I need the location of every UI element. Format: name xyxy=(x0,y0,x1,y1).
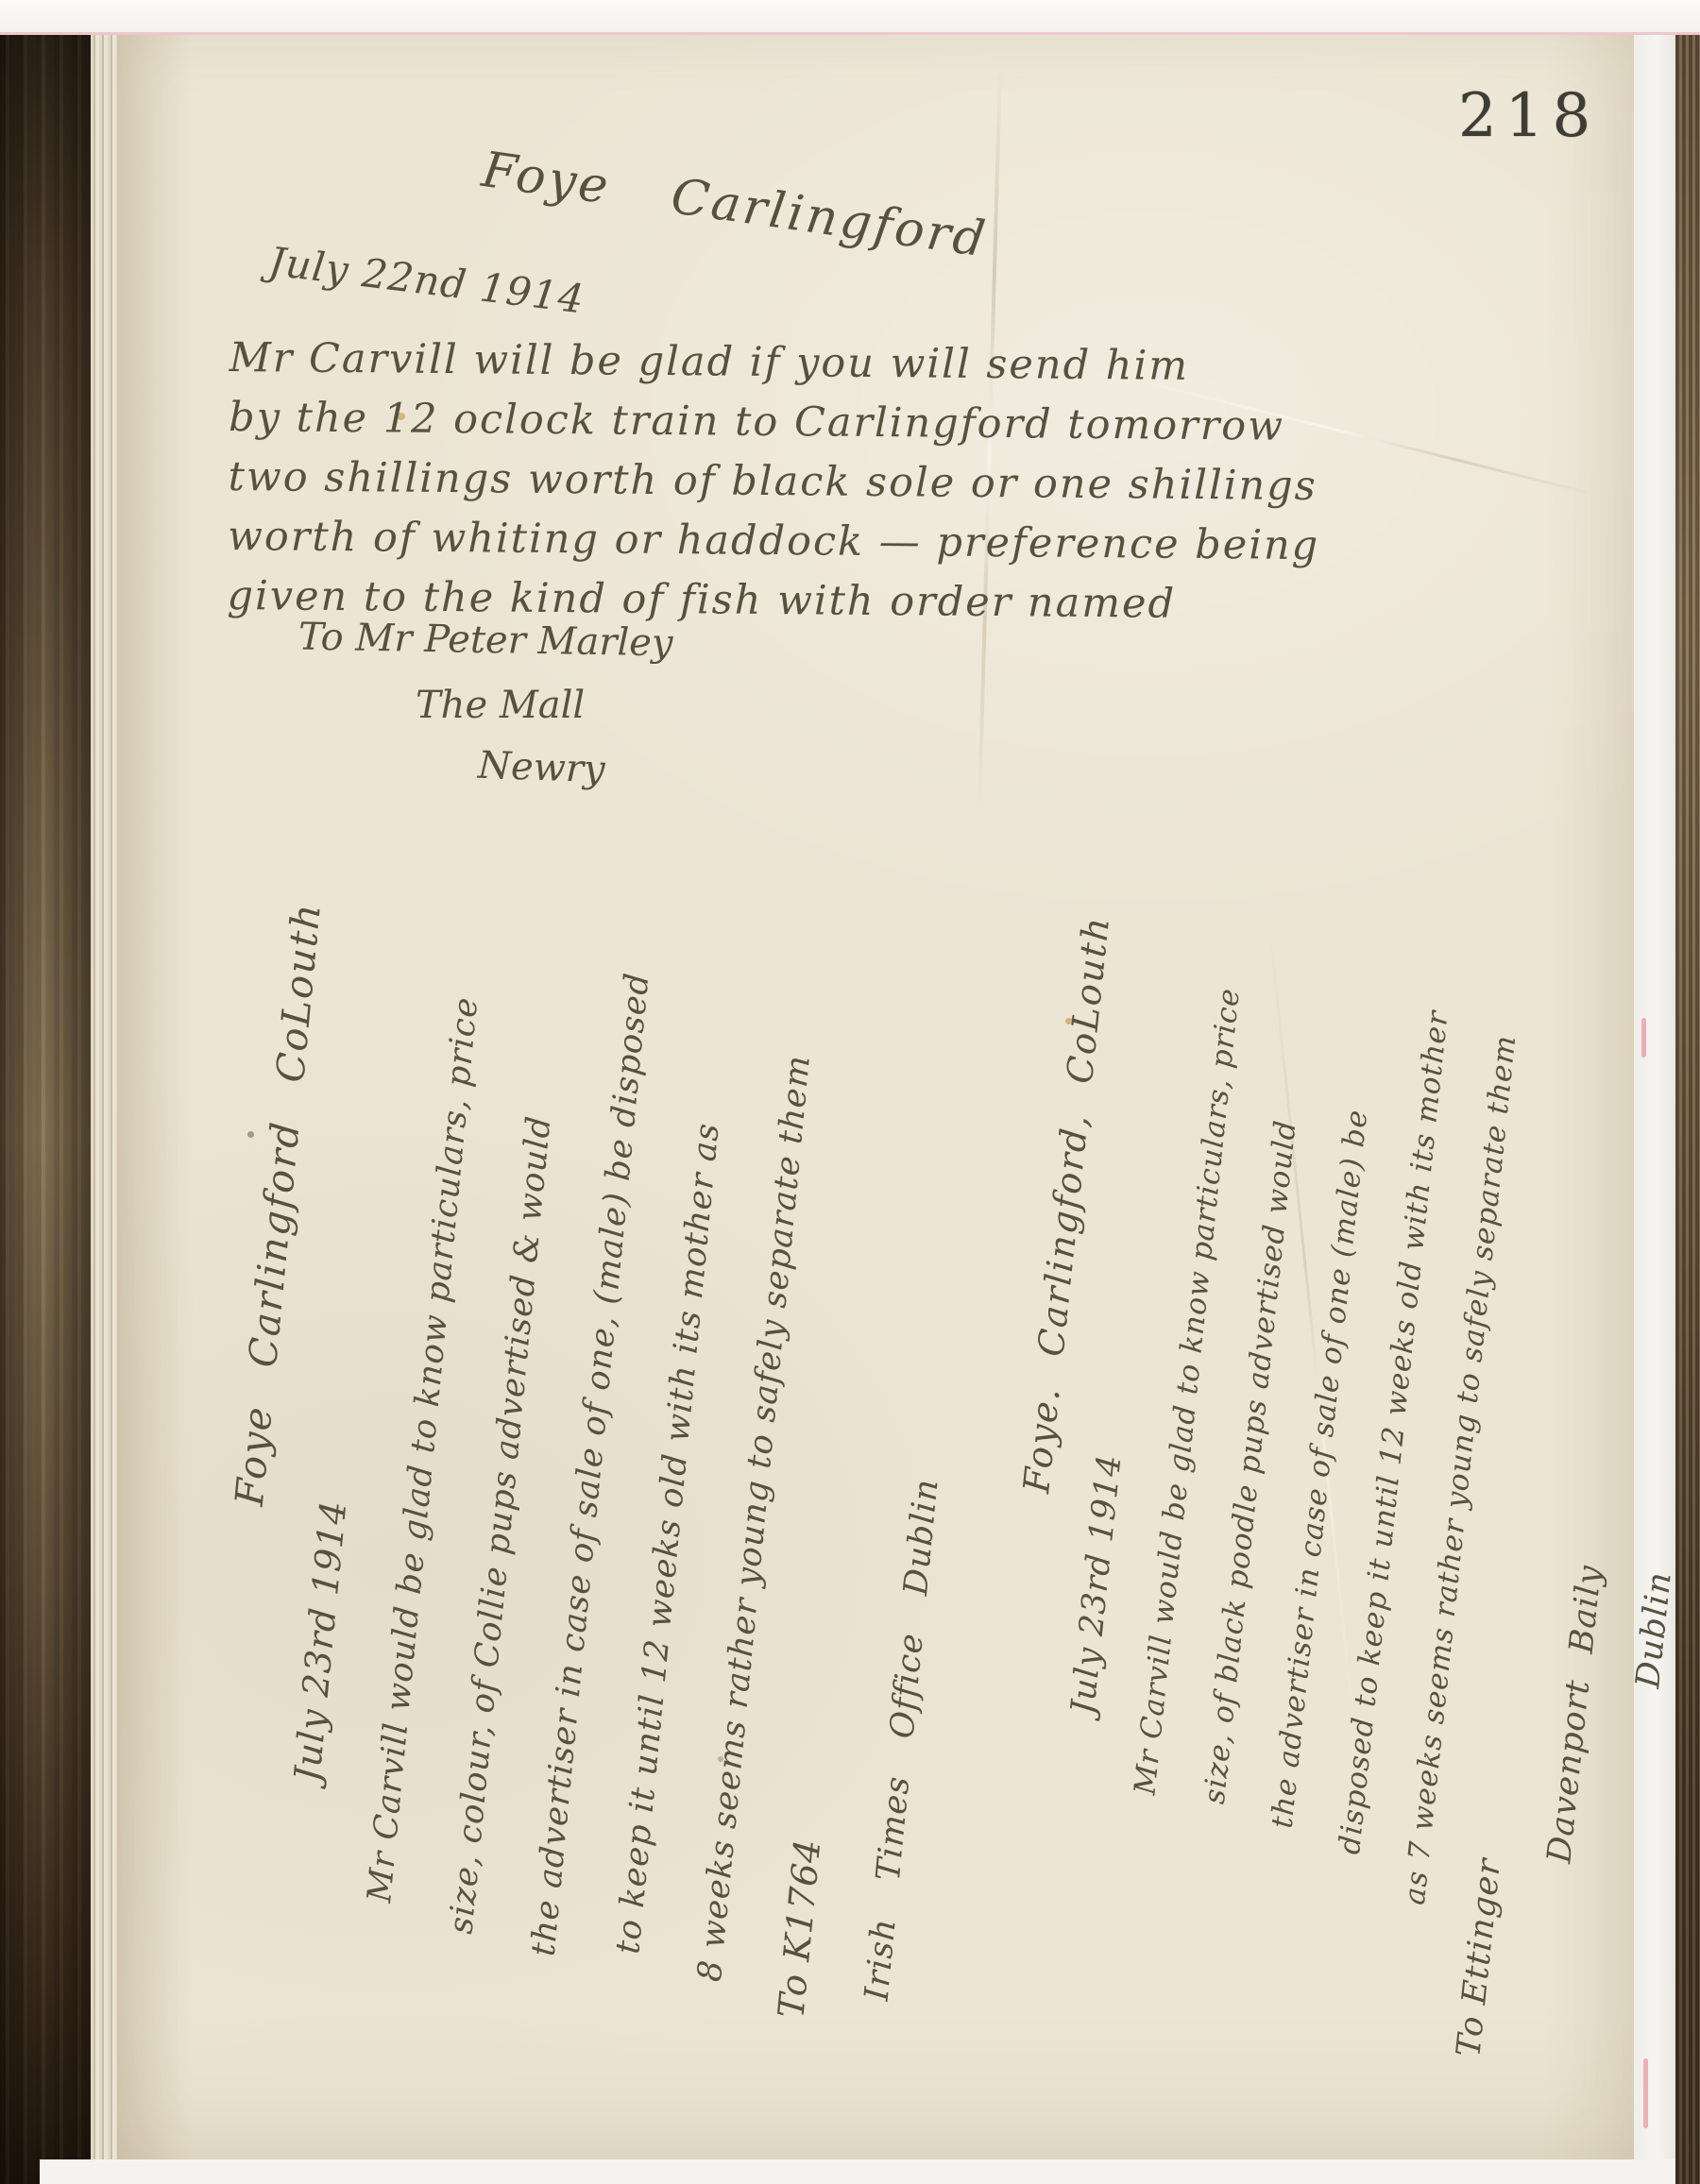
handwritten-line: Mr Carvill will be glad if you will send… xyxy=(229,329,1363,398)
letter1-addressee: To Mr Peter Marley xyxy=(298,616,673,666)
letter3-rotated-block: Foye. Carlingford, CoLouth July 23rd 191… xyxy=(946,980,1700,2087)
folio-number-stamp: 218 xyxy=(1458,81,1599,151)
letter2-rotated-block: Foye Carlingford CoLouth July 23rd 1914 … xyxy=(162,952,1033,2046)
underlying-leaf-edges xyxy=(91,0,117,2184)
handwritten-line: worth of whiting or haddock — preference… xyxy=(228,507,1362,576)
handwritten-line: two shillings worth of black sole or one… xyxy=(228,448,1362,516)
handwritten-line: by the 12 oclock train to Carlingford to… xyxy=(229,388,1363,457)
red-edge-stain xyxy=(1641,1018,1646,1058)
page-bottom-edge xyxy=(40,2159,1675,2184)
page-top-edge xyxy=(0,0,1700,35)
letter1-body: Mr Carvill will be glad if you will send… xyxy=(227,329,1363,635)
letter1-address-town: Newry xyxy=(477,744,605,792)
letterbook-scan: 218 Foye Carlingford July 22nd 1914 Mr C… xyxy=(0,0,1700,2184)
book-spine-grain xyxy=(0,0,91,2184)
red-edge-stain xyxy=(1643,2058,1648,2128)
letter1-address-street: The Mall xyxy=(416,684,585,727)
